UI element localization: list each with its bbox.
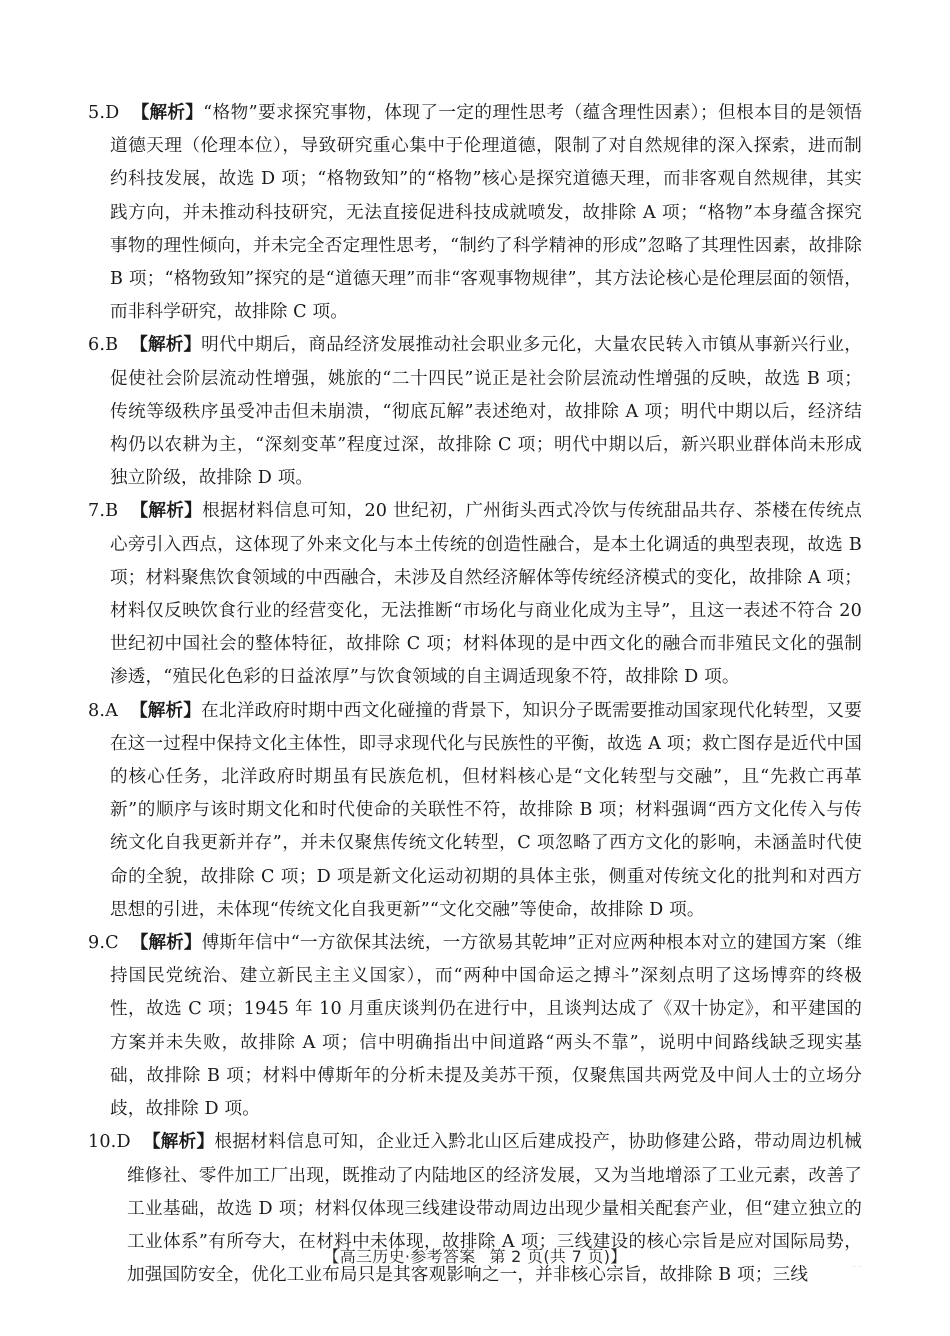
item-number: 6. <box>88 335 105 355</box>
item-number: 7. <box>88 501 105 521</box>
item-answer: B <box>105 501 118 521</box>
item-answer: D <box>105 103 119 123</box>
answer-item-8: 8.A【解析】在北洋政府时期中西文化碰撞的背景下，知识分子既需要推动国家现代化转… <box>88 695 862 927</box>
item-explanation: 在北洋政府时期中西文化碰撞的背景下，知识分子既需要推动国家现代化转型，又要在这一… <box>110 701 862 920</box>
analysis-tag: 【解析】 <box>130 501 202 521</box>
footer-open-bracket: 【 <box>323 1247 339 1266</box>
analysis-tag: 【解析】 <box>143 1132 215 1152</box>
item-number: 8. <box>88 701 105 721</box>
item-explanation: 傅斯年信中“一方欲保其法统，一方欲易其乾坤”正对应两种根本对立的建国方案（维持国… <box>110 933 862 1119</box>
answer-item-9: 9.C【解析】傅斯年信中“一方欲保其法统，一方欲易其乾坤”正对应两种根本对立的建… <box>88 927 862 1126</box>
footer-close-bracket: 】 <box>610 1247 626 1266</box>
corner-scan-mark: ·· ·· <box>852 1264 862 1271</box>
footer-subject: 高三历史 <box>340 1247 405 1266</box>
item-answer: A <box>105 701 118 721</box>
item-answer: C <box>105 933 119 953</box>
document-page: 5.D【解析】“格物”要求探究事物，体现了一定的理性思考（蕴含理性因素）；但根本… <box>0 0 950 1336</box>
footer-doc-type: 参考答案 <box>410 1247 475 1266</box>
item-number: 5. <box>88 103 105 123</box>
answer-item-7: 7.B【解析】根据材料信息可知，20 世纪初，广州街头西式冷饮与传统甜品共存、茶… <box>88 495 862 694</box>
analysis-tag: 【解析】 <box>131 933 202 953</box>
answer-key-body: 5.D【解析】“格物”要求探究事物，体现了一定的理性思考（蕴含理性因素）；但根本… <box>88 97 862 1292</box>
item-number: 9. <box>88 933 105 953</box>
item-answer: D <box>116 1132 130 1152</box>
item-number: 10. <box>88 1132 116 1152</box>
item-explanation: 根据材料信息可知，20 世纪初，广州街头西式冷饮与传统甜品共存、茶楼在传统点心旁… <box>110 501 862 687</box>
answer-item-10: 10.D【解析】根据材料信息可知，企业迁入黔北山区后建成投产，协助修建公路，带动… <box>88 1126 862 1292</box>
answer-item-5: 5.D【解析】“格物”要求探究事物，体现了一定的理性思考（蕴含理性因素）；但根本… <box>88 97 862 329</box>
item-explanation: 明代中期后，商品经济发展推动社会职业多元化，大量农民转入市镇从事新兴行业，促使社… <box>110 335 862 488</box>
analysis-tag: 【解析】 <box>131 103 203 123</box>
analysis-tag: 【解析】 <box>130 335 201 355</box>
answer-item-6: 6.B【解析】明代中期后，商品经济发展推动社会职业多元化，大量农民转入市镇从事新… <box>88 329 862 495</box>
analysis-tag: 【解析】 <box>130 701 201 721</box>
footer-page-number: 第 2 页(共 7 页) <box>490 1247 611 1266</box>
item-explanation: “格物”要求探究事物，体现了一定的理性思考（蕴含理性因素）；但根本目的是领悟道德… <box>110 103 862 322</box>
page-footer: 【高三历史·参考答案第 2 页(共 7 页)】 <box>0 1244 950 1267</box>
item-answer: B <box>105 335 118 355</box>
